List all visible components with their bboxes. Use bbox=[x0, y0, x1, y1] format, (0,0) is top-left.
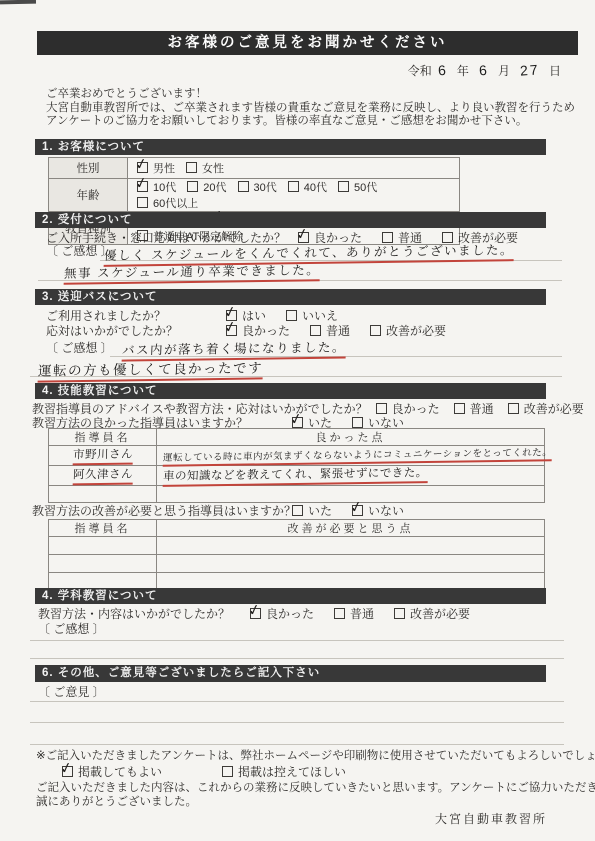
checkbox-option: 普通 bbox=[310, 322, 350, 339]
checkbox[interactable] bbox=[288, 181, 299, 192]
checkbox[interactable] bbox=[394, 608, 405, 619]
checkbox-label: いた bbox=[308, 504, 332, 518]
table-row: 阿久津さん車の知識などを教えてくれ、緊張せずにできた。 bbox=[49, 466, 545, 486]
checkbox-option: いない bbox=[352, 502, 404, 519]
checkbox-option: 普通 bbox=[454, 400, 494, 417]
checkbox-option: 掲載してもよい bbox=[62, 763, 162, 780]
instructor-table: 指導員名良かった点市野川さん運転している時に車内が気まずくならないようにコミュニ… bbox=[48, 428, 545, 503]
day-unit: 日 bbox=[549, 64, 561, 78]
checkbox-option: 20代 bbox=[187, 179, 226, 195]
publication-permission-options: 掲載してもよい掲載は控えてほしい bbox=[62, 763, 406, 780]
checkbox-label: 改善が必要 bbox=[524, 402, 584, 416]
checkbox-label: 女性 bbox=[202, 163, 224, 175]
instructor-name-cell[interactable] bbox=[49, 486, 157, 503]
checkbox[interactable] bbox=[370, 325, 381, 336]
handwritten-day: 27 bbox=[517, 61, 544, 79]
checkbox-checked[interactable] bbox=[137, 162, 148, 173]
checkbox-label: 40代 bbox=[304, 182, 327, 194]
ruled-line bbox=[30, 701, 564, 702]
checkbox[interactable] bbox=[238, 181, 249, 192]
row-label: 性別 bbox=[49, 158, 128, 179]
year-unit: 年 bbox=[457, 64, 469, 78]
checkbox-option: 良かった bbox=[250, 605, 314, 622]
ruled-line bbox=[30, 658, 564, 659]
ruled-line bbox=[30, 640, 564, 641]
checkbox-label: はい bbox=[242, 309, 266, 323]
comment-cell[interactable]: 車の知識などを教えてくれ、緊張せずにできた。 bbox=[157, 466, 545, 486]
checkbox-option: 改善が必要 bbox=[394, 605, 470, 622]
checkbox-label: 改善が必要 bbox=[386, 324, 446, 338]
school-signature: 大宮自動車教習所 bbox=[435, 810, 547, 827]
month-unit: 月 bbox=[498, 64, 510, 78]
checkbox-option: 30代 bbox=[238, 179, 277, 195]
column-header: 指導員名 bbox=[49, 520, 157, 537]
checkbox-label: 掲載してもよい bbox=[78, 765, 162, 779]
greeting-line: ご卒業おめでとうございます！ bbox=[46, 88, 575, 102]
checkbox[interactable] bbox=[286, 310, 297, 321]
row-label: 年齢 bbox=[49, 179, 128, 212]
checkbox[interactable] bbox=[186, 162, 197, 173]
table-row: 市野川さん運転している時に車内が気まずくならないようにコミュニケーションをとって… bbox=[49, 446, 545, 466]
checkbox[interactable] bbox=[137, 197, 148, 208]
handwritten-text: 市野川さん bbox=[72, 446, 133, 466]
table-row bbox=[49, 555, 545, 573]
question-label: 応対はいかがでしたか？ bbox=[46, 322, 214, 339]
scan-artifact bbox=[0, 0, 36, 4]
handwritten-text: 運転している時に車内が気まずくならないようにコミュニケーションをとってくれた。 bbox=[163, 444, 553, 466]
closing-text: ご記入いただきました内容は、これからの業務に反映していきたいと思います。アンケー… bbox=[36, 782, 595, 809]
row-options: 10代20代30代40代50代60代以上 bbox=[128, 179, 460, 212]
section3-header: 3. 送迎バスについて bbox=[35, 289, 546, 305]
bus-service-question-row: 応対はいかがでしたか？良かった普通改善が必要 bbox=[46, 322, 446, 339]
checkbox[interactable] bbox=[376, 403, 387, 414]
checkbox-label: 良かった bbox=[266, 607, 314, 621]
checkbox-option: 女性 bbox=[186, 160, 224, 176]
column-header: 指導員名 bbox=[49, 429, 157, 446]
comment-label: 〔 ご感想 〕 bbox=[46, 244, 113, 258]
checkbox-option: 良かった bbox=[226, 322, 290, 339]
comment-cell[interactable] bbox=[157, 555, 545, 573]
question-label: 教習方法・内容はいかがでしたか？ bbox=[38, 605, 238, 622]
comment-label: 〔 ご意見 〕 bbox=[38, 685, 105, 699]
section5-header: 4. 学科教習について bbox=[35, 588, 546, 604]
handwritten-text: 車の知識などを教えてくれ、緊張せずにできた。 bbox=[163, 464, 428, 487]
column-header: 改善が必要と思う点 bbox=[157, 520, 545, 537]
checkbox[interactable] bbox=[338, 181, 349, 192]
checkbox[interactable] bbox=[334, 608, 345, 619]
greeting-line: アンケートのご協力をお願いしております。皆様の率直なご意見・ご感想をお聞かせ下さ… bbox=[46, 115, 575, 129]
checkbox-label: 良かった bbox=[242, 324, 290, 338]
checkbox-option: 10代 bbox=[137, 179, 176, 195]
instructor-name-cell[interactable] bbox=[49, 537, 157, 555]
checkbox-option: 掲載は控えてほしい bbox=[222, 763, 346, 780]
checkbox-checked[interactable] bbox=[298, 232, 309, 243]
handwritten-comment: 運転の方も優しくて良かったです bbox=[38, 356, 264, 382]
improve-instructor-question-row: 教習方法の改善が必要と思う指導員はいますか？いたいない bbox=[32, 502, 404, 519]
checkbox-label: 改善が必要 bbox=[410, 607, 470, 621]
checkbox-option: 60代以上 bbox=[137, 195, 198, 211]
handwritten-comment: 無事 スケジュール通り卒業できました。 bbox=[64, 260, 321, 285]
checkbox-label: 20代 bbox=[203, 182, 226, 194]
handwritten-month: 6 bbox=[476, 61, 493, 78]
checkbox-label: 掲載は控えてほしい bbox=[238, 765, 346, 779]
checkbox-label: 普通 bbox=[326, 324, 350, 338]
ruled-line bbox=[30, 722, 564, 723]
checkbox-label: いいえ bbox=[302, 309, 338, 323]
table-row: 年齢10代20代30代40代50代60代以上 bbox=[49, 179, 460, 212]
comment-label: 〔 ご感想 〕 bbox=[46, 341, 113, 355]
form-title: お客様のご意見をお聞かせください bbox=[37, 31, 578, 55]
handwritten-text: 阿久津さん bbox=[72, 466, 133, 486]
table-row bbox=[49, 486, 545, 503]
column-header: 良かった点 bbox=[157, 429, 545, 446]
checkbox-checked[interactable] bbox=[137, 181, 148, 192]
checkbox-label: 30代 bbox=[254, 182, 277, 194]
section4-header: 4. 技能教習について bbox=[35, 383, 546, 399]
checkbox-option: いた bbox=[292, 502, 332, 519]
classroom-question-row: 教習方法・内容はいかがでしたか？良かった普通改善が必要 bbox=[38, 605, 470, 622]
section6-header: 6. その他、ご意見等ございましたらご記入下さい bbox=[35, 665, 546, 682]
checkbox-label: 60代以上 bbox=[153, 198, 198, 210]
checkbox-option: 普通 bbox=[334, 605, 374, 622]
checkbox-checked[interactable] bbox=[226, 325, 237, 336]
section1-header: 1. お客様について bbox=[35, 139, 546, 155]
checkbox-checked[interactable] bbox=[250, 608, 261, 619]
closing-line: ご記入いただきました内容は、これからの業務に反映していきたいと思います。アンケー… bbox=[36, 782, 595, 796]
checkbox[interactable] bbox=[222, 766, 233, 777]
checkbox-label: 男性 bbox=[153, 163, 175, 175]
checkbox[interactable] bbox=[454, 403, 465, 414]
row-options: 男性女性 bbox=[128, 158, 460, 179]
table-row bbox=[49, 537, 545, 555]
checkbox-checked[interactable] bbox=[352, 505, 363, 516]
checkbox-checked[interactable] bbox=[62, 766, 73, 777]
question-label: 教習方法の改善が必要と思う指導員はいますか？ bbox=[32, 502, 280, 519]
checkbox[interactable] bbox=[310, 325, 321, 336]
greeting-text: ご卒業おめでとうございます！ 大宮自動車教習所では、ご卒業されます皆様の貴重なご… bbox=[46, 88, 575, 129]
checkbox-option: 改善が必要 bbox=[370, 322, 446, 339]
checkbox[interactable] bbox=[352, 417, 363, 428]
greeting-line: 大宮自動車教習所では、ご卒業されます皆様の貴重なご意見を業務に反映し、より良い教… bbox=[46, 102, 575, 116]
instructor-name-cell[interactable] bbox=[49, 555, 157, 573]
good-instructor-table: 指導員名良かった点市野川さん運転している時に車内が気まずくならないようにコミュニ… bbox=[48, 428, 545, 503]
era-label: 令和 bbox=[408, 64, 432, 78]
instructor-name-cell[interactable]: 市野川さん bbox=[49, 446, 157, 466]
checkbox-option: 改善が必要 bbox=[508, 400, 584, 417]
closing-line: 誠にありがとうございました。 bbox=[36, 796, 595, 810]
checkbox[interactable] bbox=[292, 505, 303, 516]
instructor-table: 指導員名改善が必要と思う点 bbox=[48, 519, 545, 591]
comment-label: 〔 ご感想 〕 bbox=[38, 622, 105, 636]
checkbox-option: 50代 bbox=[338, 179, 377, 195]
section2-header: 2. 受付について bbox=[35, 212, 546, 228]
checkbox[interactable] bbox=[508, 403, 519, 414]
checkbox-option: 40代 bbox=[288, 179, 327, 195]
table-row: 性別男性女性 bbox=[49, 158, 460, 179]
date-line: 令和 6年 6月 27日 bbox=[408, 62, 565, 79]
handwritten-year: 6 bbox=[435, 61, 452, 78]
checkbox[interactable] bbox=[187, 181, 198, 192]
publication-permission-question: ※ご記入いただきましたアンケートは、弊社ホームページや印刷物に使用させていただい… bbox=[36, 749, 595, 763]
comment-cell[interactable] bbox=[157, 537, 545, 555]
checkbox-label: いない bbox=[368, 504, 404, 518]
checkbox-label: 普通 bbox=[470, 402, 494, 416]
checkbox-label: 50代 bbox=[354, 182, 377, 194]
survey-form-scan: お客様のご意見をお聞かせください 令和 6年 6月 27日 ご卒業おめでとうござ… bbox=[0, 0, 595, 841]
checkbox-checked[interactable] bbox=[292, 417, 303, 428]
improve-instructor-table: 指導員名改善が必要と思う点 bbox=[48, 519, 545, 591]
ruled-line bbox=[30, 744, 564, 745]
instructor-name-cell[interactable]: 阿久津さん bbox=[49, 466, 157, 486]
checkbox-label: 10代 bbox=[153, 182, 176, 194]
checkbox-label: 普通 bbox=[350, 607, 374, 621]
comment-cell[interactable]: 運転している時に車内が気まずくならないようにコミュニケーションをとってくれた。 bbox=[157, 446, 545, 466]
